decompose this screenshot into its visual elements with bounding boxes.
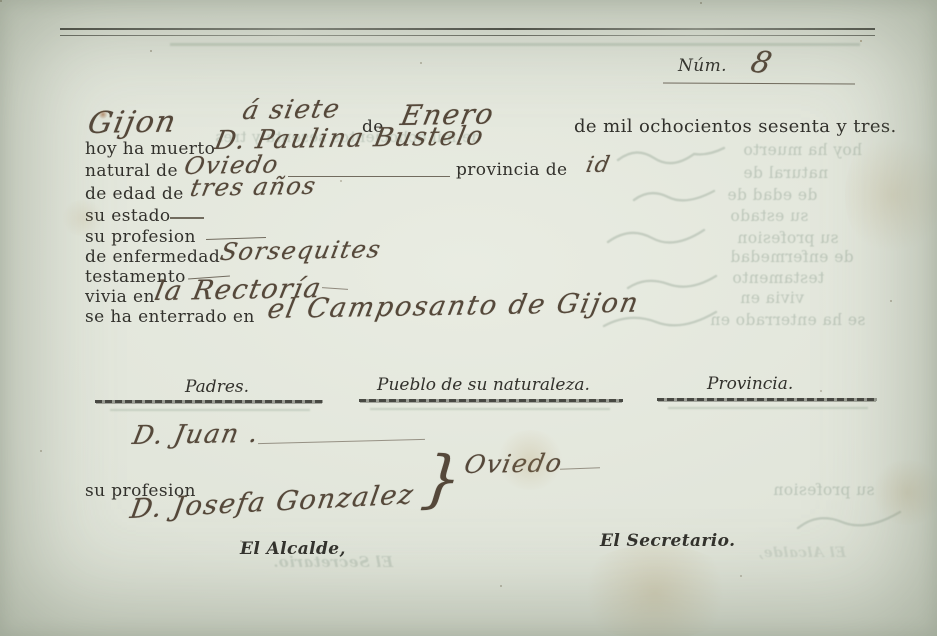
alcalde-ghost: El Alcalde, [758,545,846,561]
estado-label: su estado [85,206,171,226]
top-rule [60,28,875,36]
naturaleza-pueblo-value: Oviedo [462,448,565,479]
padres-underline [95,400,323,403]
verso-ghost-line: natural de [743,164,828,182]
father-line [258,439,425,444]
enterrado-value: el Camposanto de Gijon [265,288,643,325]
verso-ghost-line: de enfermedad [730,248,854,266]
father-name: D. Juan . [130,419,262,451]
num-label: Núm. [678,56,727,76]
day-value: á siete [240,94,343,126]
estado-blank-line [170,217,204,219]
table-header-provincia: Provincia. [707,374,793,394]
padres-underline-ghost [110,409,310,411]
paper-specks [0,0,2,2]
num-underline [663,82,855,84]
verso-ghost-line: hoy ha muerto [743,141,862,159]
death-record-scan: Núm. 8 Gijon á siete de Enero de mil och… [0,0,937,636]
verso-ghost-handwriting [790,500,910,540]
stain [570,545,740,636]
provincia-underline [657,398,877,401]
verso-ghost-handwriting [598,138,748,338]
secretario-label: El Secretario. [600,531,735,551]
profesion-ghost: su profesion [773,481,874,499]
pueblo-flourish [560,467,600,469]
enterrado-label: se ha enterrado en [85,307,255,327]
naturaleza-brace: } [418,442,467,515]
pueblo-underline [359,399,623,402]
natural-label: natural de [85,161,178,181]
place-value: Gijon [85,104,180,141]
secretario-ghost: El Secretario. [273,553,393,571]
vivia-flourish [322,287,348,290]
table-header-padres: Padres. [185,377,249,397]
verso-ghost-line: vivia en [740,289,804,307]
year-printed: de mil ochocientos sesenta y tres. [574,116,897,137]
edad-value: tres años [188,172,319,202]
vivia-label: vivia en [85,287,155,307]
table-header-pueblo: Pueblo de su naturaleza. [377,375,590,395]
profesion-label: su profesion [85,227,196,247]
num-value: 8 [747,44,777,82]
edad-label: de edad de [85,184,184,204]
verso-ghost-line: su profesion [737,229,838,247]
enfermedad-value: Sorsequites [218,235,384,266]
provincia-label: provincia de [456,160,567,180]
enfermedad-label: de enfermedad [85,247,220,267]
pueblo-underline-ghost [370,408,610,410]
provincia-underline-ghost [668,407,868,409]
